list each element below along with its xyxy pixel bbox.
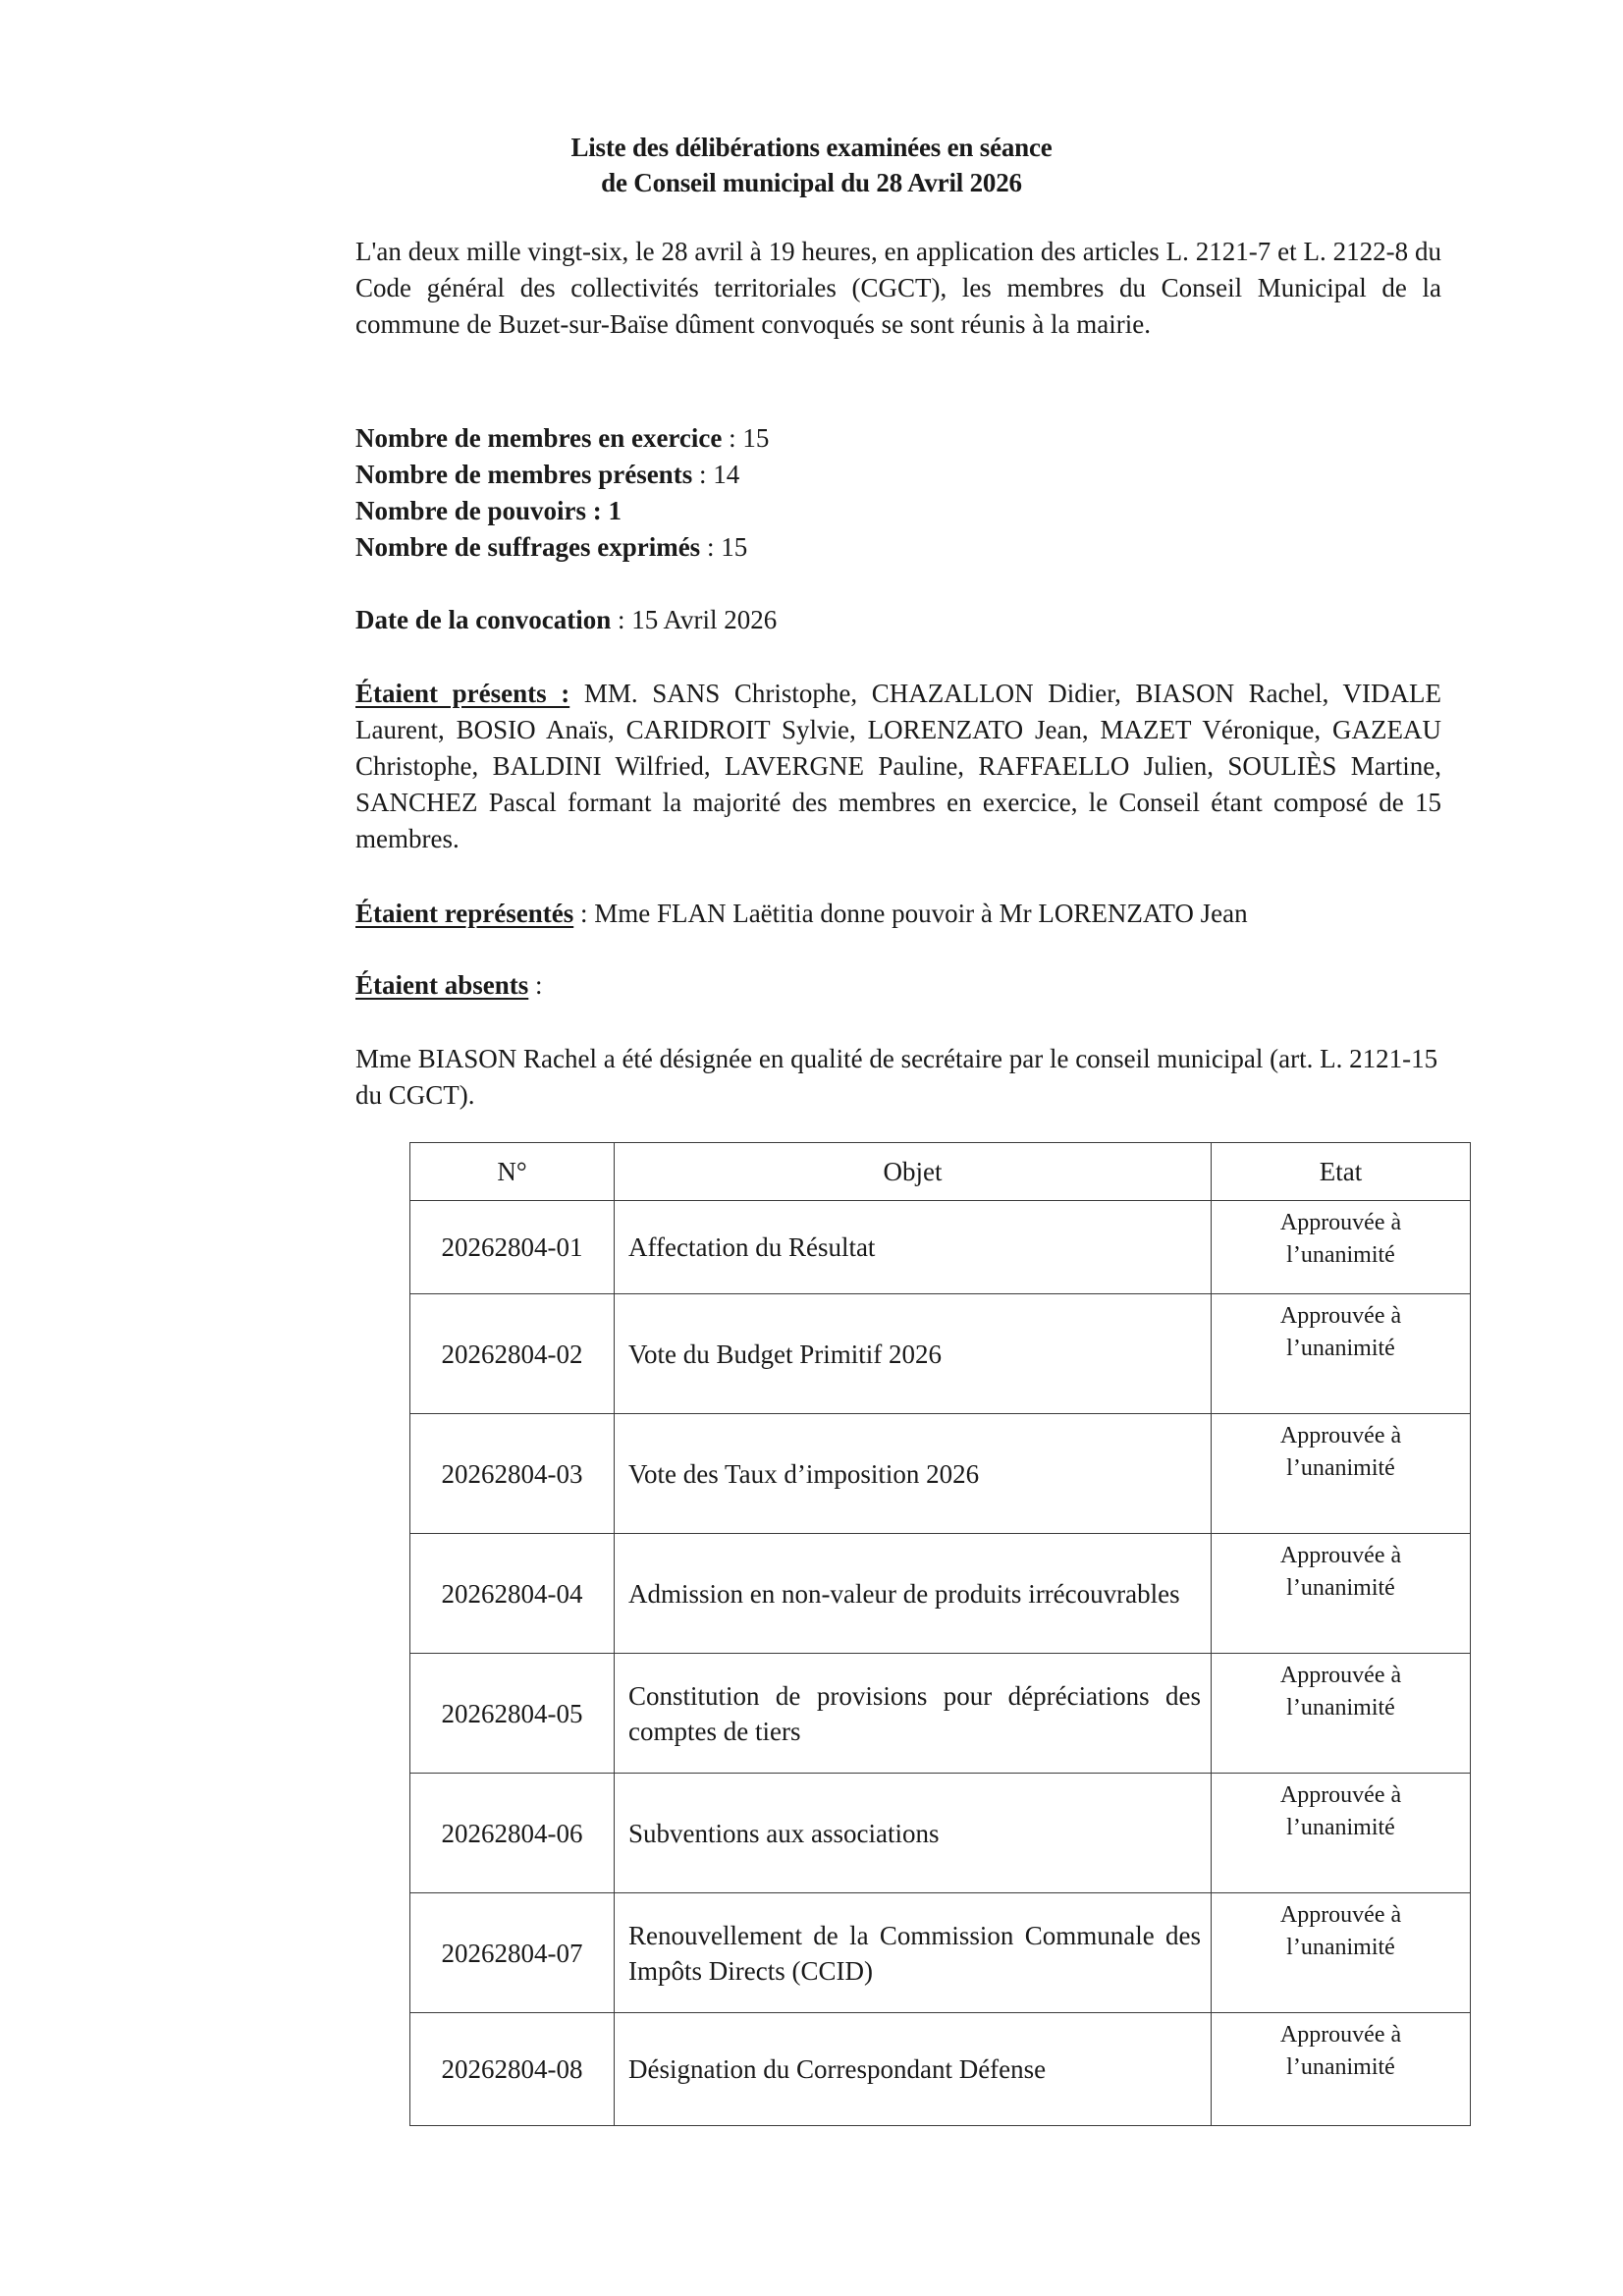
- cell-etat: Approuvée àl’unanimité: [1212, 1893, 1471, 2013]
- cell-objet: Subventions aux associations: [615, 1774, 1212, 1893]
- absents-label: Étaient absents: [355, 970, 528, 1000]
- table-row: 20262804-03 Vote des Taux d’imposition 2…: [410, 1414, 1471, 1534]
- cell-objet: Désignation du Correspondant Défense: [615, 2013, 1212, 2126]
- representes-label: Étaient représentés: [355, 899, 573, 928]
- header-objet: Objet: [615, 1143, 1212, 1201]
- cell-etat: Approuvée àl’unanimité: [1212, 1414, 1471, 1534]
- cell-etat: Approuvée àl’unanimité: [1212, 1534, 1471, 1654]
- deliberations-table: N° Objet Etat 20262804-01 Affectation du…: [409, 1142, 1471, 2126]
- absents-text: :: [528, 970, 542, 1000]
- intro-paragraph: L'an deux mille vingt-six, le 28 avril à…: [355, 234, 1441, 343]
- table-row: 20262804-06 Subventions aux associations…: [410, 1774, 1471, 1893]
- cell-num: 20262804-05: [410, 1654, 615, 1774]
- title-line-1: Liste des délibérations examinées en séa…: [0, 130, 1623, 165]
- table-row: 20262804-05 Constitution de provisions p…: [410, 1654, 1471, 1774]
- count-pouvoirs: Nombre de pouvoirs : 1: [355, 493, 1441, 529]
- cell-objet: Constitution de provisions pour déprécia…: [615, 1654, 1212, 1774]
- absents-paragraph: Étaient absents :: [355, 967, 1441, 1004]
- presents-label: Étaient présents :: [355, 679, 569, 708]
- cell-etat: Approuvée àl’unanimité: [1212, 1294, 1471, 1414]
- cell-objet: Vote du Budget Primitif 2026: [615, 1294, 1212, 1414]
- cell-etat: Approuvée àl’unanimité: [1212, 2013, 1471, 2126]
- cell-num: 20262804-04: [410, 1534, 615, 1654]
- cell-num: 20262804-07: [410, 1893, 615, 2013]
- cell-objet: Vote des Taux d’imposition 2026: [615, 1414, 1212, 1534]
- representes-paragraph: Étaient représentés : Mme FLAN Laëtitia …: [355, 896, 1441, 932]
- cell-num: 20262804-01: [410, 1201, 615, 1294]
- count-suffrages: Nombre de suffrages exprimés : 15: [355, 529, 1441, 566]
- representes-text: : Mme FLAN Laëtitia donne pouvoir à Mr L…: [573, 899, 1247, 928]
- cell-num: 20262804-06: [410, 1774, 615, 1893]
- table-row: 20262804-01 Affectation du Résultat Appr…: [410, 1201, 1471, 1294]
- cell-num: 20262804-08: [410, 2013, 615, 2126]
- document-page: Liste des délibérations examinées en séa…: [0, 0, 1623, 2296]
- table-header-row: N° Objet Etat: [410, 1143, 1471, 1201]
- member-counts: Nombre de membres en exercice : 15 Nombr…: [355, 420, 1441, 566]
- document-title: Liste des délibérations examinées en séa…: [0, 130, 1623, 200]
- table-row: 20262804-04 Admission en non-valeur de p…: [410, 1534, 1471, 1654]
- presents-paragraph: Étaient présents : MM. SANS Christophe, …: [355, 676, 1441, 857]
- table-row: 20262804-07 Renouvellement de la Commiss…: [410, 1893, 1471, 2013]
- cell-num: 20262804-02: [410, 1294, 615, 1414]
- cell-objet: Admission en non-valeur de produits irré…: [615, 1534, 1212, 1654]
- table-row: 20262804-08 Désignation du Correspondant…: [410, 2013, 1471, 2126]
- table-row: 20262804-02 Vote du Budget Primitif 2026…: [410, 1294, 1471, 1414]
- cell-objet: Renouvellement de la Commission Communal…: [615, 1893, 1212, 2013]
- cell-objet: Affectation du Résultat: [615, 1201, 1212, 1294]
- count-presents: Nombre de membres présents : 14: [355, 457, 1441, 493]
- secretaire-paragraph: Mme BIASON Rachel a été désignée en qual…: [355, 1041, 1441, 1114]
- cell-num: 20262804-03: [410, 1414, 615, 1534]
- title-line-2: de Conseil municipal du 28 Avril 2026: [0, 165, 1623, 200]
- cell-etat: Approuvée àl’unanimité: [1212, 1654, 1471, 1774]
- cell-etat: Approuvée àl’unanimité: [1212, 1201, 1471, 1294]
- cell-etat: Approuvée àl’unanimité: [1212, 1774, 1471, 1893]
- header-etat: Etat: [1212, 1143, 1471, 1201]
- count-en-exercice: Nombre de membres en exercice : 15: [355, 420, 1441, 457]
- convocation-date: Date de la convocation : 15 Avril 2026: [355, 602, 1441, 638]
- header-num: N°: [410, 1143, 615, 1201]
